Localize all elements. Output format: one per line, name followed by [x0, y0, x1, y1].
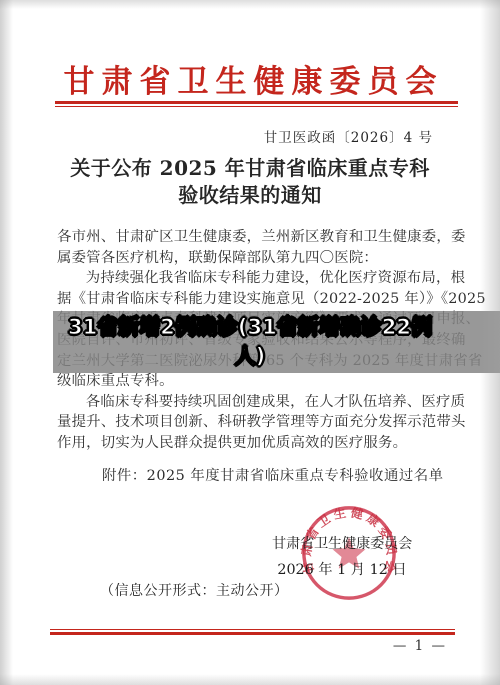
body-line: 量提升、技术项目创新、科研教学管理等方面充分发挥示范带头 — [57, 412, 449, 433]
body-line: 各临床专科要持续巩固创建成果，在人才队伍培养、医疗质 — [57, 392, 449, 413]
notice-title-line2: 验收结果的通知 — [30, 182, 470, 209]
notice-title-line1: 关于公布 2025 年甘肃省临床重点专科 — [30, 155, 470, 182]
body-line: 作用，切实为人民群众提供更加优质高效的医疗服务。 — [57, 433, 449, 454]
body-line: 属委管各医疗机构，联勤保障部队第九四〇医院： — [57, 248, 449, 269]
footer-red-rule — [50, 629, 455, 635]
agency-header: 甘肃省卫生健康委员会 — [30, 56, 470, 101]
signature-agency: 甘肃省卫生健康委员会 — [251, 533, 433, 553]
official-seal: 甘肃省卫生健康委员会 — [292, 502, 406, 604]
headline-line1: 31省新增2例确诊(31省新增确诊22例 — [0, 313, 500, 342]
info-disclosure-note: （信息公开形式：主动公开） — [100, 580, 289, 600]
headline-line2: 人) — [0, 342, 500, 371]
news-headline-overlay: 31省新增2例确诊(31省新增确诊22例 人) — [0, 313, 500, 371]
notice-title: 关于公布 2025 年甘肃省临床重点专科 验收结果的通知 — [30, 155, 470, 209]
page-number: — 1 — — [393, 638, 447, 654]
body-line: 为持续强化我省临床专科能力建设，优化医疗资源布局，根 — [57, 268, 449, 289]
header-red-rule — [55, 101, 458, 107]
attachment-line: 附件：2025 年度甘肃省临床重点专科验收通过名单 — [102, 464, 444, 485]
document-number: 甘卫医政函〔2026〕4 号 — [264, 126, 433, 146]
body-line: 据《甘肃省临床专科能力建设实施意见（2022-2025 年）》《2025 — [57, 289, 449, 310]
body-line: 各市州、甘肃矿区卫生健康委，兰州新区教育和卫生健康委，委 — [57, 227, 449, 248]
page-edge-shadow-bottom — [0, 674, 500, 685]
page-edge-shadow-top — [0, 0, 500, 9]
signature-date: 2026 年 1 月 12 日 — [251, 559, 433, 579]
body-line: 级临床重点专科。 — [57, 371, 449, 392]
